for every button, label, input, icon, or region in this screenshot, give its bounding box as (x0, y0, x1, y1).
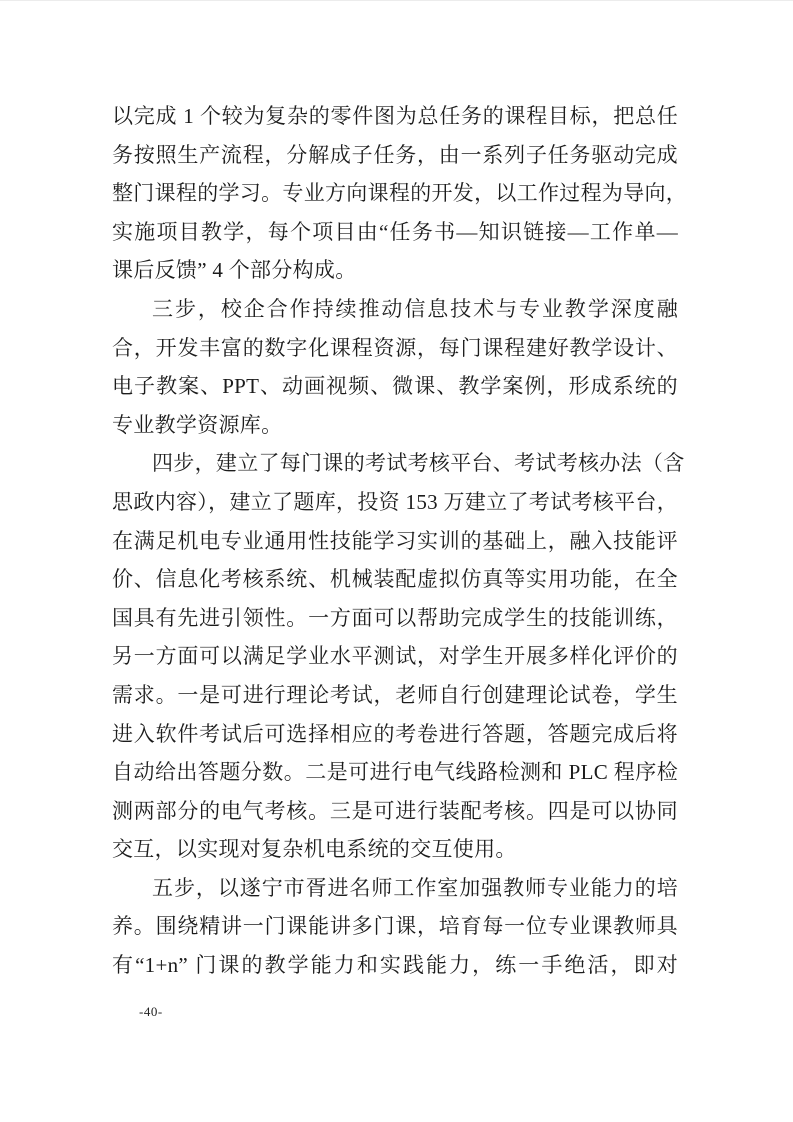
document-body: 以完成 1 个较为复杂的零件图为总任务的课程目标，把总任务按照生产流程，分解成子… (112, 97, 678, 985)
text-line: 测两部分的电气考核。三是可进行装配考核。四是可以协同 (112, 792, 678, 831)
text-line: 自动给出答题分数。二是可进行电气线路检测和 PLC 程序检 (112, 753, 678, 792)
text-line: 思政内容），建立了题库，投资 153 万建立了考试考核平台， (112, 483, 678, 522)
text-line: 整门课程的学习。专业方向课程的开发，以工作过程为导向， (112, 174, 678, 213)
text-line: 另一方面可以满足学业水平测试，对学生开展多样化评价的 (112, 637, 678, 676)
text-line: 以完成 1 个较为复杂的零件图为总任务的课程目标，把总任 (112, 97, 678, 136)
text-line: 交互，以实现对复杂机电系统的交互使用。 (112, 830, 678, 869)
paragraph: 以完成 1 个较为复杂的零件图为总任务的课程目标，把总任务按照生产流程，分解成子… (112, 97, 678, 290)
text-line: 实施项目教学，每个项目由“任务书—知识链接—工作单— (112, 213, 678, 252)
text-line: 合，开发丰富的数字化课程资源，每门课程建好教学设计、 (112, 329, 678, 368)
text-line: 养。围绕精讲一门课能讲多门课，培育每一位专业课教师具 (112, 907, 678, 946)
document-page: 以完成 1 个较为复杂的零件图为总任务的课程目标，把总任务按照生产流程，分解成子… (0, 0, 793, 1122)
text-line: 价、信息化考核系统、机械装配虚拟仿真等实用功能，在全 (112, 560, 678, 599)
text-line: 电子教案、PPT、动画视频、微课、教学案例，形成系统的 (112, 367, 678, 406)
text-line: 需求。一是可进行理论考试，老师自行创建理论试卷，学生 (112, 676, 678, 715)
text-line: 五步，以遂宁市胥进名师工作室加强教师专业能力的培 (112, 869, 678, 908)
paragraph: 三步，校企合作持续推动信息技术与专业教学深度融合，开发丰富的数字化课程资源，每门… (112, 290, 678, 444)
text-line: 务按照生产流程，分解成子任务，由一系列子任务驱动完成 (112, 136, 678, 175)
paragraph: 五步，以遂宁市胥进名师工作室加强教师专业能力的培养。围绕精讲一门课能讲多门课，培… (112, 869, 678, 985)
text-line: 在满足机电专业通用性技能学习实训的基础上，融入技能评 (112, 522, 678, 561)
page-number: -40- (139, 1002, 163, 1022)
paragraph: 四步，建立了每门课的考试考核平台、考试考核办法（含思政内容），建立了题库，投资 … (112, 444, 678, 869)
text-line: 有“1+n” 门课的教学能力和实践能力，练一手绝活，即对 (112, 946, 678, 985)
text-line: 专业教学资源库。 (112, 406, 678, 445)
text-line: 四步，建立了每门课的考试考核平台、考试考核办法（含 (112, 444, 678, 483)
text-line: 进入软件考试后可选择相应的考卷进行答题，答题完成后将 (112, 715, 678, 754)
text-line: 三步，校企合作持续推动信息技术与专业教学深度融 (112, 290, 678, 329)
text-line: 国具有先进引领性。一方面可以帮助完成学生的技能训练， (112, 599, 678, 638)
text-line: 课后反馈” 4 个部分构成。 (112, 251, 678, 290)
